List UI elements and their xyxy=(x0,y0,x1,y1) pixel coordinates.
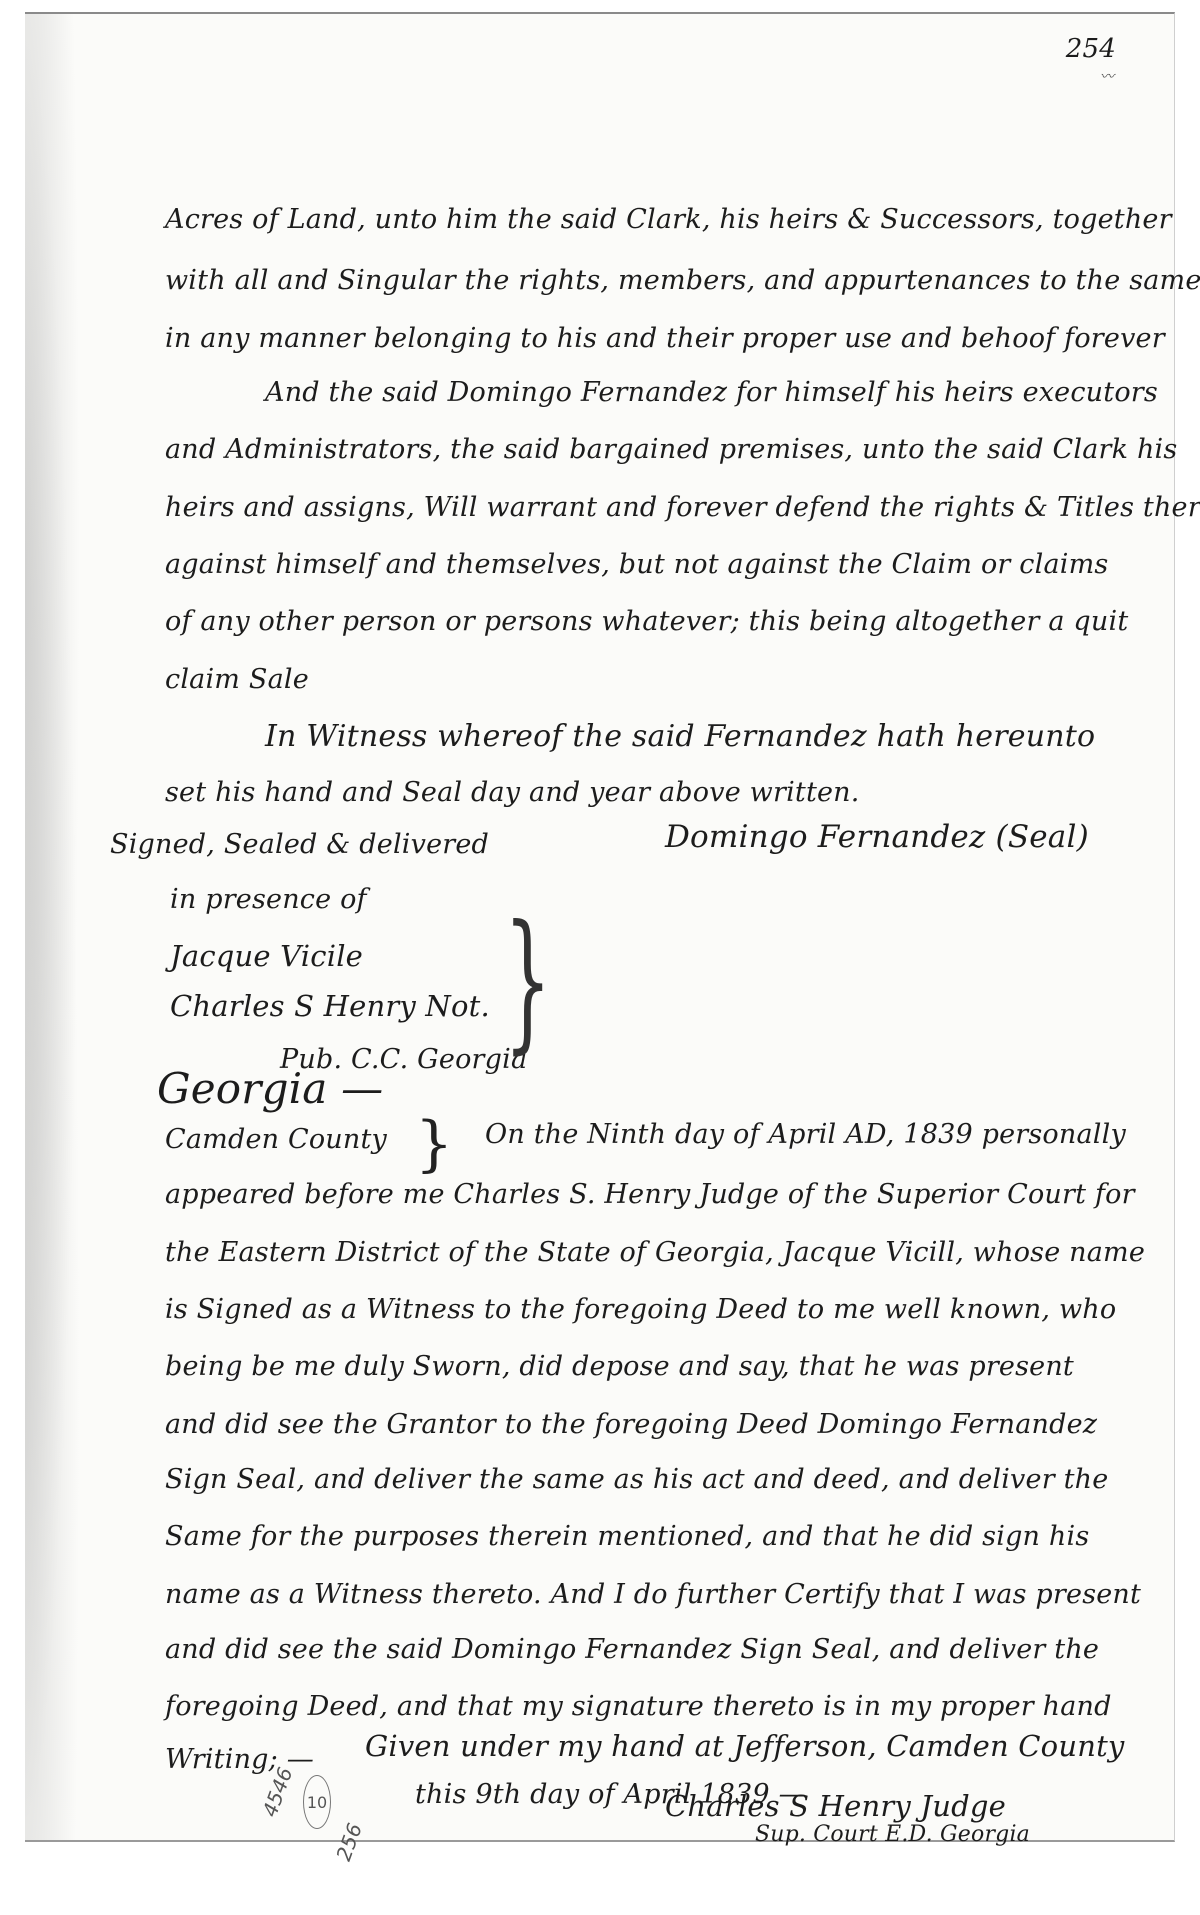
body-line: Acres of Land, unto him the said Clark, … xyxy=(165,204,1172,235)
margin-note-circled: 10 xyxy=(303,1775,331,1829)
attestation-subheading: in presence of xyxy=(170,884,367,915)
judge-title: Sup. Court E.D. Georgia xyxy=(755,1822,1030,1847)
venue-county: Camden County xyxy=(165,1124,387,1155)
body-line: heirs and assigns, Will warrant and fore… xyxy=(165,492,1200,523)
page-number: 254 xyxy=(1066,34,1116,64)
body-line: of any other person or persons whatever;… xyxy=(165,606,1128,637)
affidavit-line: Sign Seal, and deliver the same as his a… xyxy=(165,1464,1108,1495)
body-line: against himself and themselves, but not … xyxy=(165,549,1108,580)
affidavit-line: and did see the said Domingo Fernandez S… xyxy=(165,1634,1099,1665)
judge-signature: Charles S Henry Judge xyxy=(665,1789,1006,1823)
body-line: claim Sale xyxy=(165,664,309,695)
affidavit-line: name as a Witness thereto. And I do furt… xyxy=(165,1579,1141,1610)
body-line: with all and Singular the rights, member… xyxy=(165,265,1200,296)
venue-brace: } xyxy=(415,1109,453,1179)
affidavit-line: appeared before me Charles S. Henry Judg… xyxy=(165,1179,1135,1210)
affidavit-line: and did see the Grantor to the foregoing… xyxy=(165,1409,1097,1440)
deed-page: 254 〰 Acres of Land, unto him the said C… xyxy=(25,12,1175,1842)
body-line: And the said Domingo Fernandez for himse… xyxy=(265,377,1158,408)
page-number-flourish: 〰 xyxy=(1100,66,1114,86)
attestation-brace: } xyxy=(504,894,552,1068)
attestation-heading: Signed, Sealed & delivered xyxy=(110,829,489,860)
body-line: in any manner belonging to his and their… xyxy=(165,323,1165,354)
grantor-signature: Domingo Fernandez (Seal) xyxy=(665,819,1089,855)
witness-signature: Charles S Henry Not. xyxy=(170,989,490,1023)
body-line: In Witness whereof the said Fernandez ha… xyxy=(265,719,1095,754)
affidavit-closing: Given under my hand at Jefferson, Camden… xyxy=(365,1729,1125,1763)
affidavit-line: Same for the purposes therein mentioned,… xyxy=(165,1521,1089,1552)
body-line: and Administrators, the said bargained p… xyxy=(165,434,1177,465)
affidavit-line: the Eastern District of the State of Geo… xyxy=(165,1237,1145,1268)
venue-state: Georgia — xyxy=(157,1064,383,1113)
affidavit-line: being be me duly Sworn, did depose and s… xyxy=(165,1351,1074,1382)
affidavit-line: is Signed as a Witness to the foregoing … xyxy=(165,1294,1116,1325)
witness-signature: Jacque Vicile xyxy=(170,939,363,973)
affidavit-line: foregoing Deed, and that my signature th… xyxy=(165,1691,1112,1722)
body-line: set his hand and Seal day and year above… xyxy=(165,777,860,808)
affidavit-line: On the Ninth day of April AD, 1839 perso… xyxy=(485,1119,1126,1150)
